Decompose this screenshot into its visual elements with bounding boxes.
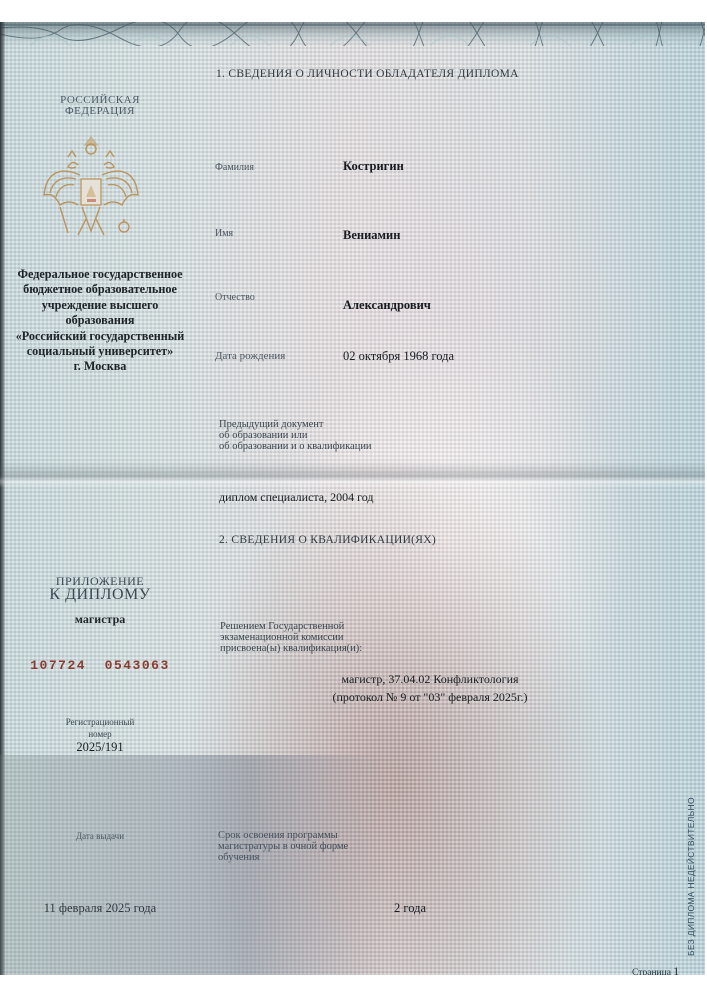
guilloche-border [0, 22, 705, 46]
registration-label-line-2: номер [40, 728, 160, 740]
section-1-title: 1. СВЕДЕНИЯ О ЛИЧНОСТИ ОБЛАДАТЕЛЯ ДИПЛОМ… [216, 68, 519, 80]
protocol-reference: (протокол № 9 от "03" февраля 2025г.) [290, 688, 570, 706]
institution-line: бюджетное образовательное [5, 282, 195, 297]
duration-label-line: Срок освоения программы [218, 830, 348, 841]
institution-line: образования [5, 313, 195, 328]
blank-serial-number: 107724 0543063 [25, 658, 175, 673]
qualification-value: магистр, 37.04.02 Конфликтология (проток… [290, 670, 570, 706]
russian-coat-of-arms-icon [38, 135, 144, 245]
name-value: Вениамин [343, 228, 400, 243]
decision-label-line: Решением Государственной [220, 621, 362, 632]
previous-document-value: диплом специалиста, 2004 год [219, 490, 374, 505]
supplement-title: ПРИЛОЖЕНИЕ К ДИПЛОМУ [30, 575, 170, 601]
validity-notice: БЕЗ ДИПЛОМА НЕДЕЙСТВИТЕЛЬНО [686, 797, 696, 956]
patronymic-value: Александрович [343, 298, 431, 313]
birth-date-label: Дата рождения [215, 350, 285, 362]
issue-date: 11 февраля 2025 года [20, 901, 180, 916]
surname-label: Фамилия [215, 162, 254, 173]
previous-document-label-line: Предыдущий документ [219, 419, 372, 430]
previous-document-label-line: об образовании или [219, 430, 372, 441]
page-edge-shadow [0, 22, 5, 975]
previous-document-label: Предыдущий документ об образовании или о… [219, 419, 372, 452]
qualification-name: магистр, 37.04.02 Конфликтология [290, 670, 570, 688]
country-name: РОССИЙСКАЯ ФЕДЕРАЦИЯ [40, 95, 160, 117]
name-label: Имя [215, 228, 233, 239]
page-number: Страница 1 [632, 964, 679, 975]
section-2-title: 2. СВЕДЕНИЯ О КВАЛИФИКАЦИИ(ЯХ) [219, 534, 436, 546]
registration-number-label: Регистрационный номер [40, 716, 160, 740]
degree-level: магистра [30, 612, 170, 627]
institution-city: г. Москва [5, 359, 195, 374]
institution-line: «Российский государственный [5, 329, 195, 344]
birth-date-value: 02 октября 1968 года [343, 349, 454, 364]
supplement-title-line-2: К ДИПЛОМУ [30, 588, 170, 601]
duration-label-line: магистратуры в очной форме [218, 841, 348, 852]
patronymic-label: Отчество [215, 292, 255, 303]
fold-crease [0, 462, 705, 488]
program-duration-value: 2 года [394, 901, 426, 916]
surname-value: Костригин [343, 159, 404, 174]
decision-label-line: присвоена(ы) квалификация(и): [220, 643, 362, 654]
qualification-decision-label: Решением Государственной экзаменационной… [220, 621, 362, 654]
duration-label-line: обучения [218, 852, 348, 863]
decision-label-line: экзаменационной комиссии [220, 632, 362, 643]
institution-line: учреждение высшего [5, 298, 195, 313]
institution-line: социальный университет» [5, 344, 195, 359]
page-number-value: 1 [673, 964, 679, 975]
registration-label-line-1: Регистрационный [40, 716, 160, 728]
previous-document-label-line: об образовании и о квалификации [219, 441, 372, 452]
country-line-2: ФЕДЕРАЦИЯ [40, 106, 160, 117]
page-label: Страница [632, 968, 671, 975]
registration-number: 2025/191 [40, 740, 160, 755]
issue-date-label: Дата выдачи [40, 830, 160, 842]
institution-name: Федеральное государственное бюджетное об… [5, 267, 195, 375]
program-duration-label: Срок освоения программы магистратуры в о… [218, 830, 348, 863]
institution-line: Федеральное государственное [5, 267, 195, 282]
document-page: РОССИЙСКАЯ ФЕДЕРАЦИЯ [0, 22, 705, 975]
